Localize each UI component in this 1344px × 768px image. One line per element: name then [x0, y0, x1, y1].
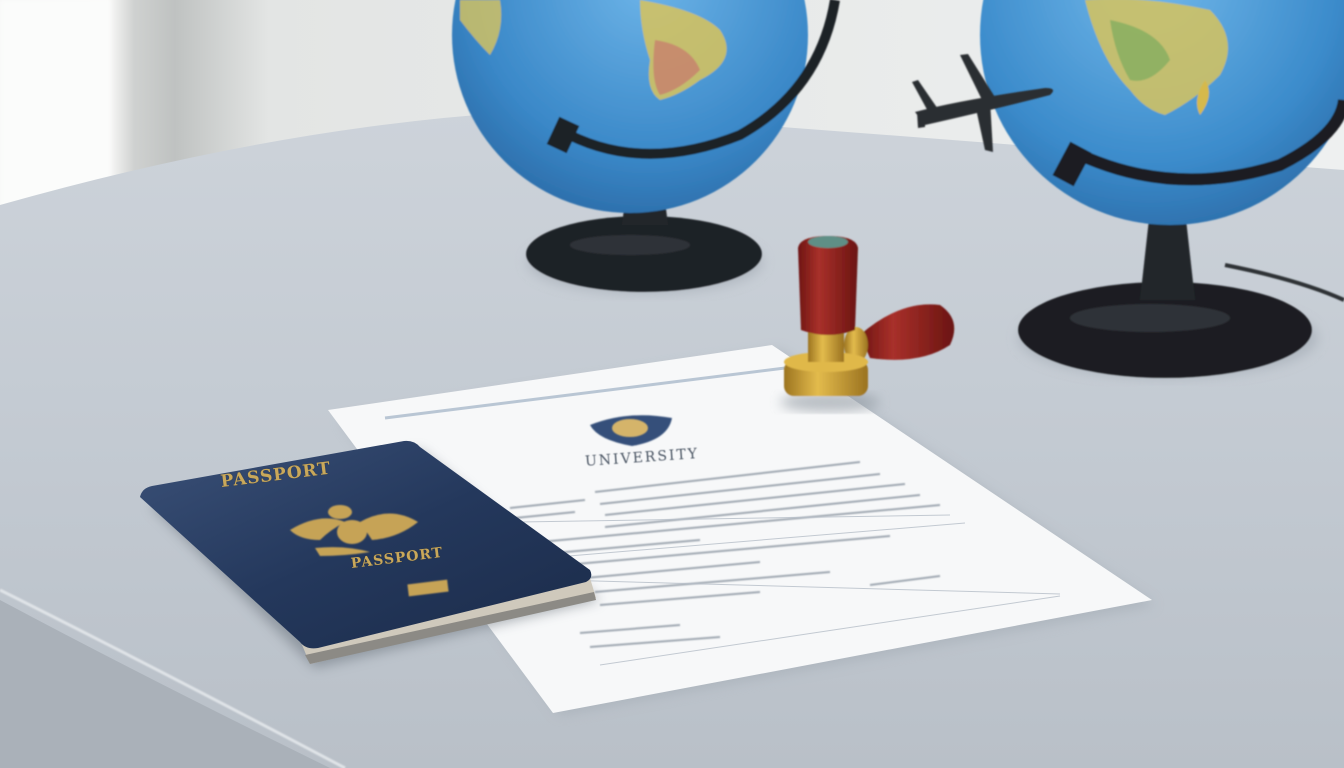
scene-illustration — [0, 0, 1344, 768]
photo-scene: PASSPORT PASSPORT UNIVERSITY — [0, 0, 1344, 768]
